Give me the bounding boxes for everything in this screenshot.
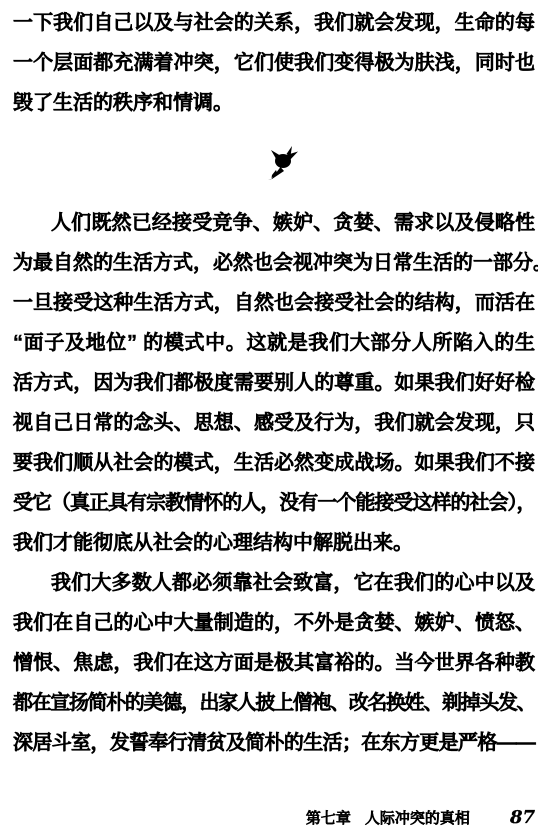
bird-ornament-icon — [265, 144, 299, 182]
text-line: 视自己日常的念头、思想、感受及行为，我们就会发现，只 — [13, 403, 535, 443]
text-line: 我们才能彻底从社会的心理结构中解脱出来。 — [13, 523, 535, 563]
paragraph-1: 一下我们自己以及与社会的关系，我们就会发现，生命的每 一个层面都充满着冲突，它们… — [13, 3, 535, 123]
text-line: 都在宣扬简朴的美德，出家人披上僧袍、改名换姓、剃掉头发、 — [13, 683, 535, 723]
text-line: 我们在自己的心中大量制造的，不外是贪婪、嫉妒、愤怒、 — [13, 603, 535, 643]
text-line: 一下我们自己以及与社会的关系，我们就会发现，生命的每 — [13, 3, 535, 43]
section-break — [13, 123, 535, 203]
text-line: 深居斗室，发誓奉行清贫及简朴的生活；在东方更是严格—— — [13, 723, 535, 763]
footer-chapter-title: 人际冲突的真相 — [365, 809, 470, 829]
text-line: 毁了生活的秩序和情调。 — [13, 83, 535, 123]
book-page: 一下我们自己以及与社会的关系，我们就会发现，生命的每 一个层面都充满着冲突，它们… — [13, 3, 535, 763]
text-line: 我们大多数人都必须靠社会致富，它在我们的心中以及 — [13, 563, 535, 603]
footer-page-number: 87 — [510, 808, 535, 828]
footer-chapter-label: 第七章 — [306, 809, 351, 829]
text-line: 憎恨、焦虑，我们在这方面是极其富裕的。当今世界各种教 — [13, 643, 535, 683]
text-line: “面子及地位” 的模式中。这就是我们大部分人所陷入的生 — [13, 323, 535, 363]
text-line: 活方式，因为我们都极度需要别人的尊重。如果我们好好检 — [13, 363, 535, 403]
paragraph-2: 人们既然已经接受竞争、嫉妒、贪婪、需求以及侵略性 为最自然的生活方式，必然也会视… — [13, 203, 535, 563]
text-line: 人们既然已经接受竞争、嫉妒、贪婪、需求以及侵略性 — [13, 203, 535, 243]
text-line: 一旦接受这种生活方式，自然也会接受社会的结构，而活在 — [13, 283, 535, 323]
text-line: 受它（真正具有宗教情怀的人，没有一个能接受这样的社会）， — [13, 483, 535, 523]
text-line: 一个层面都充满着冲突，它们使我们变得极为肤浅，同时也 — [13, 43, 535, 83]
text-line: 要我们顺从社会的模式，生活必然变成战场。如果我们不接 — [13, 443, 535, 483]
text-line: 为最自然的生活方式，必然也会视冲突为日常生活的一部分。 — [13, 243, 535, 283]
paragraph-3: 我们大多数人都必须靠社会致富，它在我们的心中以及 我们在自己的心中大量制造的，不… — [13, 563, 535, 763]
page-footer: 第七章 人际冲突的真相 87 — [13, 808, 535, 829]
